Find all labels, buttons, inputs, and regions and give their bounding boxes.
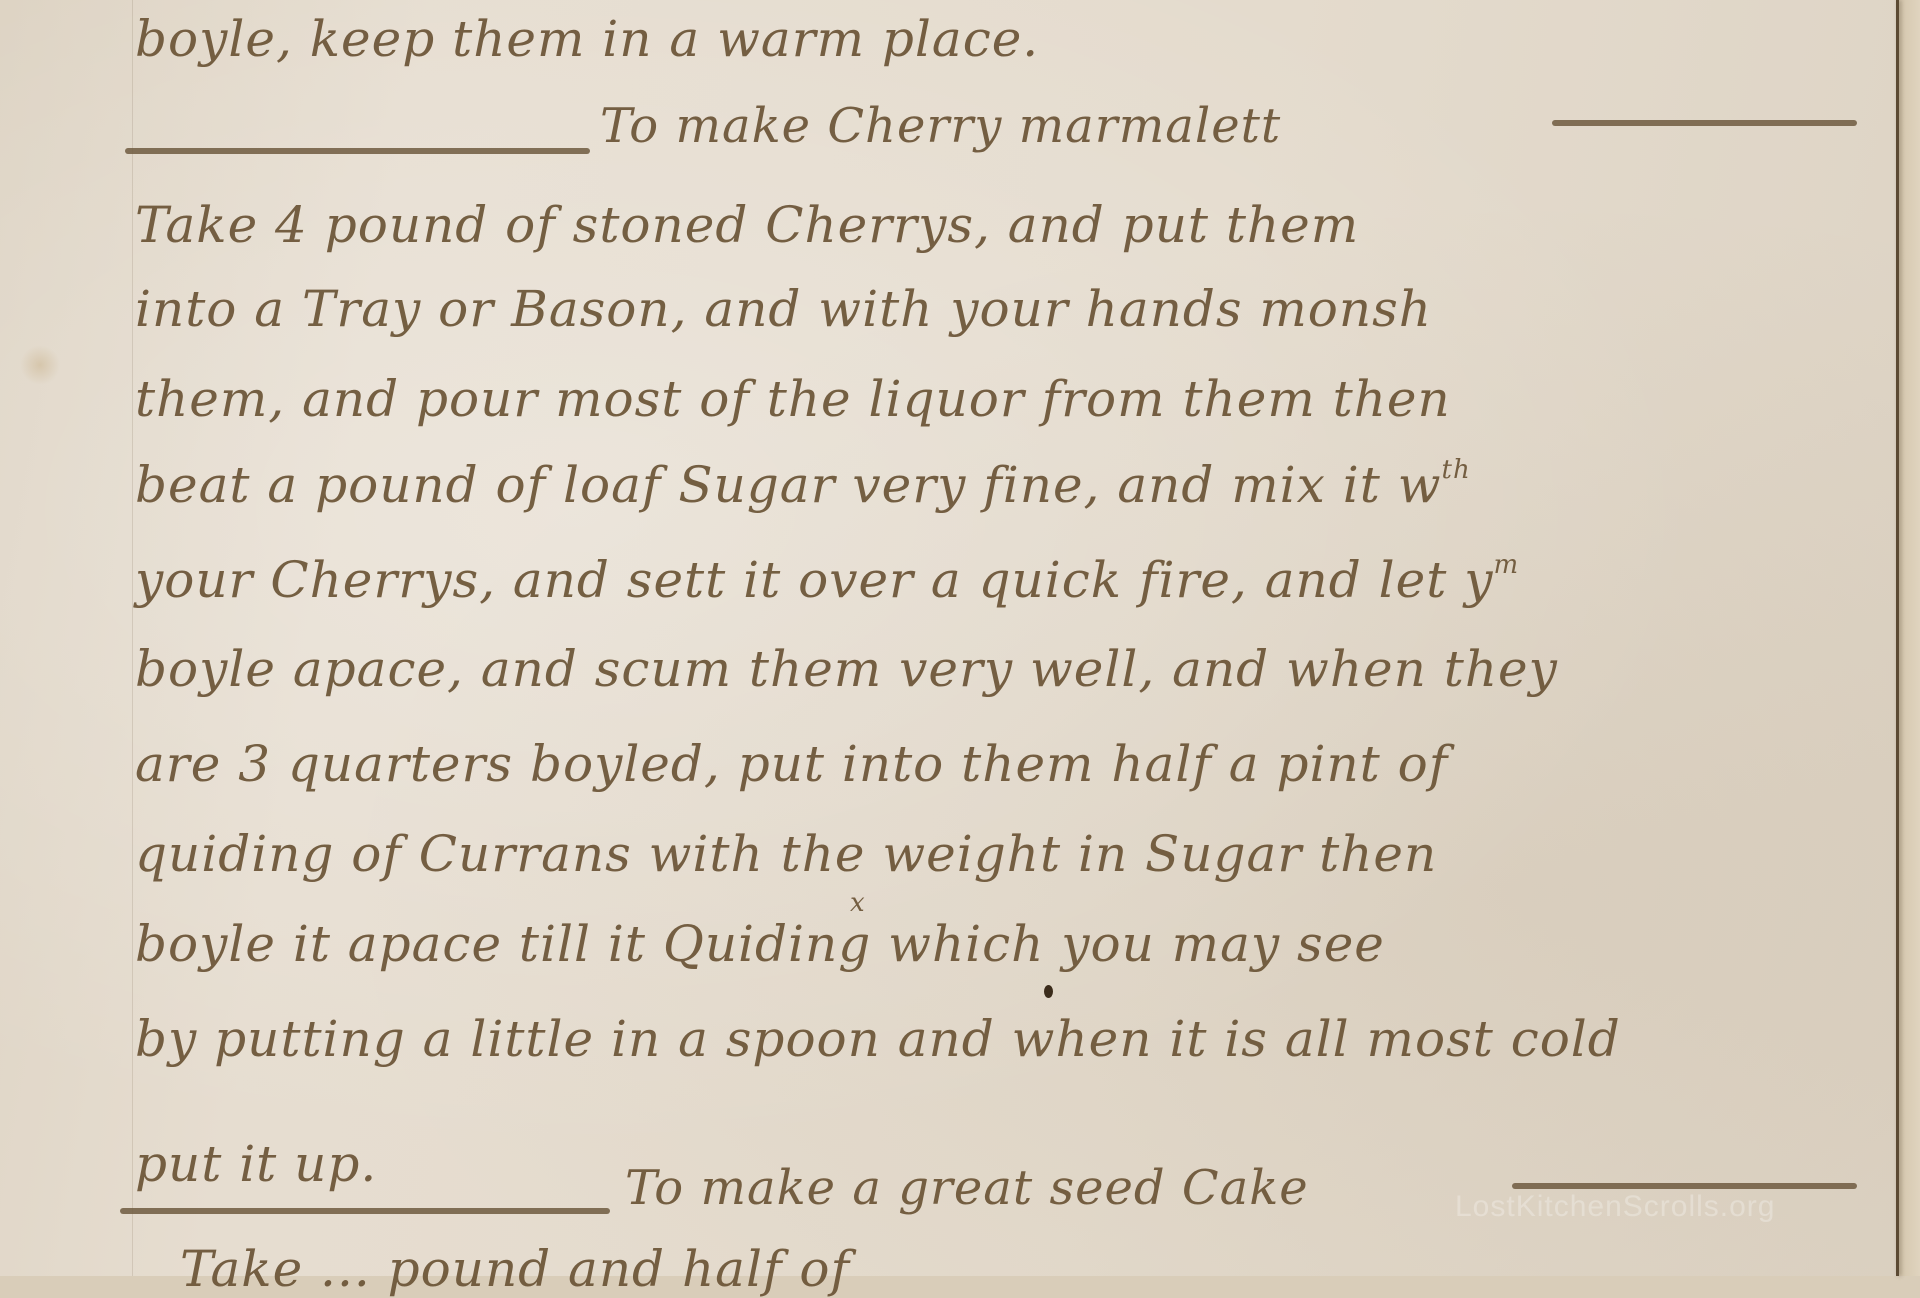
recipe-line-partial: Take ... pound and half of [180, 1240, 850, 1276]
previous-recipe-ending: boyle, keep them in a warm place. [135, 10, 1039, 68]
recipe-line: boyle it apace till it Quiding which you… [135, 915, 1385, 973]
insertion-mark: x [850, 888, 866, 918]
watermark: LostKitchenScrolls.org [1455, 1190, 1775, 1224]
recipe-line: Take 4 pound of stoned Cherrys, and put … [135, 196, 1359, 254]
heading-rule-left [120, 1208, 610, 1214]
recipe-line: put it up. [135, 1135, 377, 1193]
heading-rule-left [125, 148, 590, 154]
recipe-line: your Cherrys, and sett it over a quick f… [135, 550, 1519, 609]
superscript: th [1442, 455, 1471, 485]
recipe-line: into a Tray or Bason, and with your hand… [135, 280, 1432, 338]
margin-rule [132, 0, 133, 1276]
recipe-line: are 3 quarters boyled, put into them hal… [135, 735, 1448, 793]
manuscript-page: boyle, keep them in a warm place. To mak… [0, 0, 1920, 1276]
heading-rule-right [1512, 1183, 1857, 1189]
recipe-title: To make a great seed Cake [625, 1160, 1309, 1216]
recipe-line: them, and pour most of the liquor from t… [135, 370, 1451, 428]
recipe-line: beat a pound of loaf Sugar very fine, an… [135, 455, 1471, 514]
recipe-title: To make Cherry marmalett [600, 98, 1281, 154]
line-text: your Cherrys, and sett it over a quick f… [135, 551, 1493, 609]
recipe-line: quiding of Currans with the weight in Su… [135, 825, 1437, 883]
recipe-line: by putting a little in a spoon and when … [135, 1010, 1621, 1068]
line-text: beat a pound of loaf Sugar very fine, an… [135, 456, 1442, 514]
superscript: m [1493, 550, 1519, 580]
book-spine-edge [1896, 0, 1899, 1276]
recipe-line: boyle apace, and scum them very well, an… [135, 640, 1558, 698]
facing-page-edge [1899, 0, 1920, 1276]
heading-rule-right [1552, 120, 1857, 126]
paper-stain [20, 345, 60, 385]
ink-blot [1044, 985, 1053, 998]
